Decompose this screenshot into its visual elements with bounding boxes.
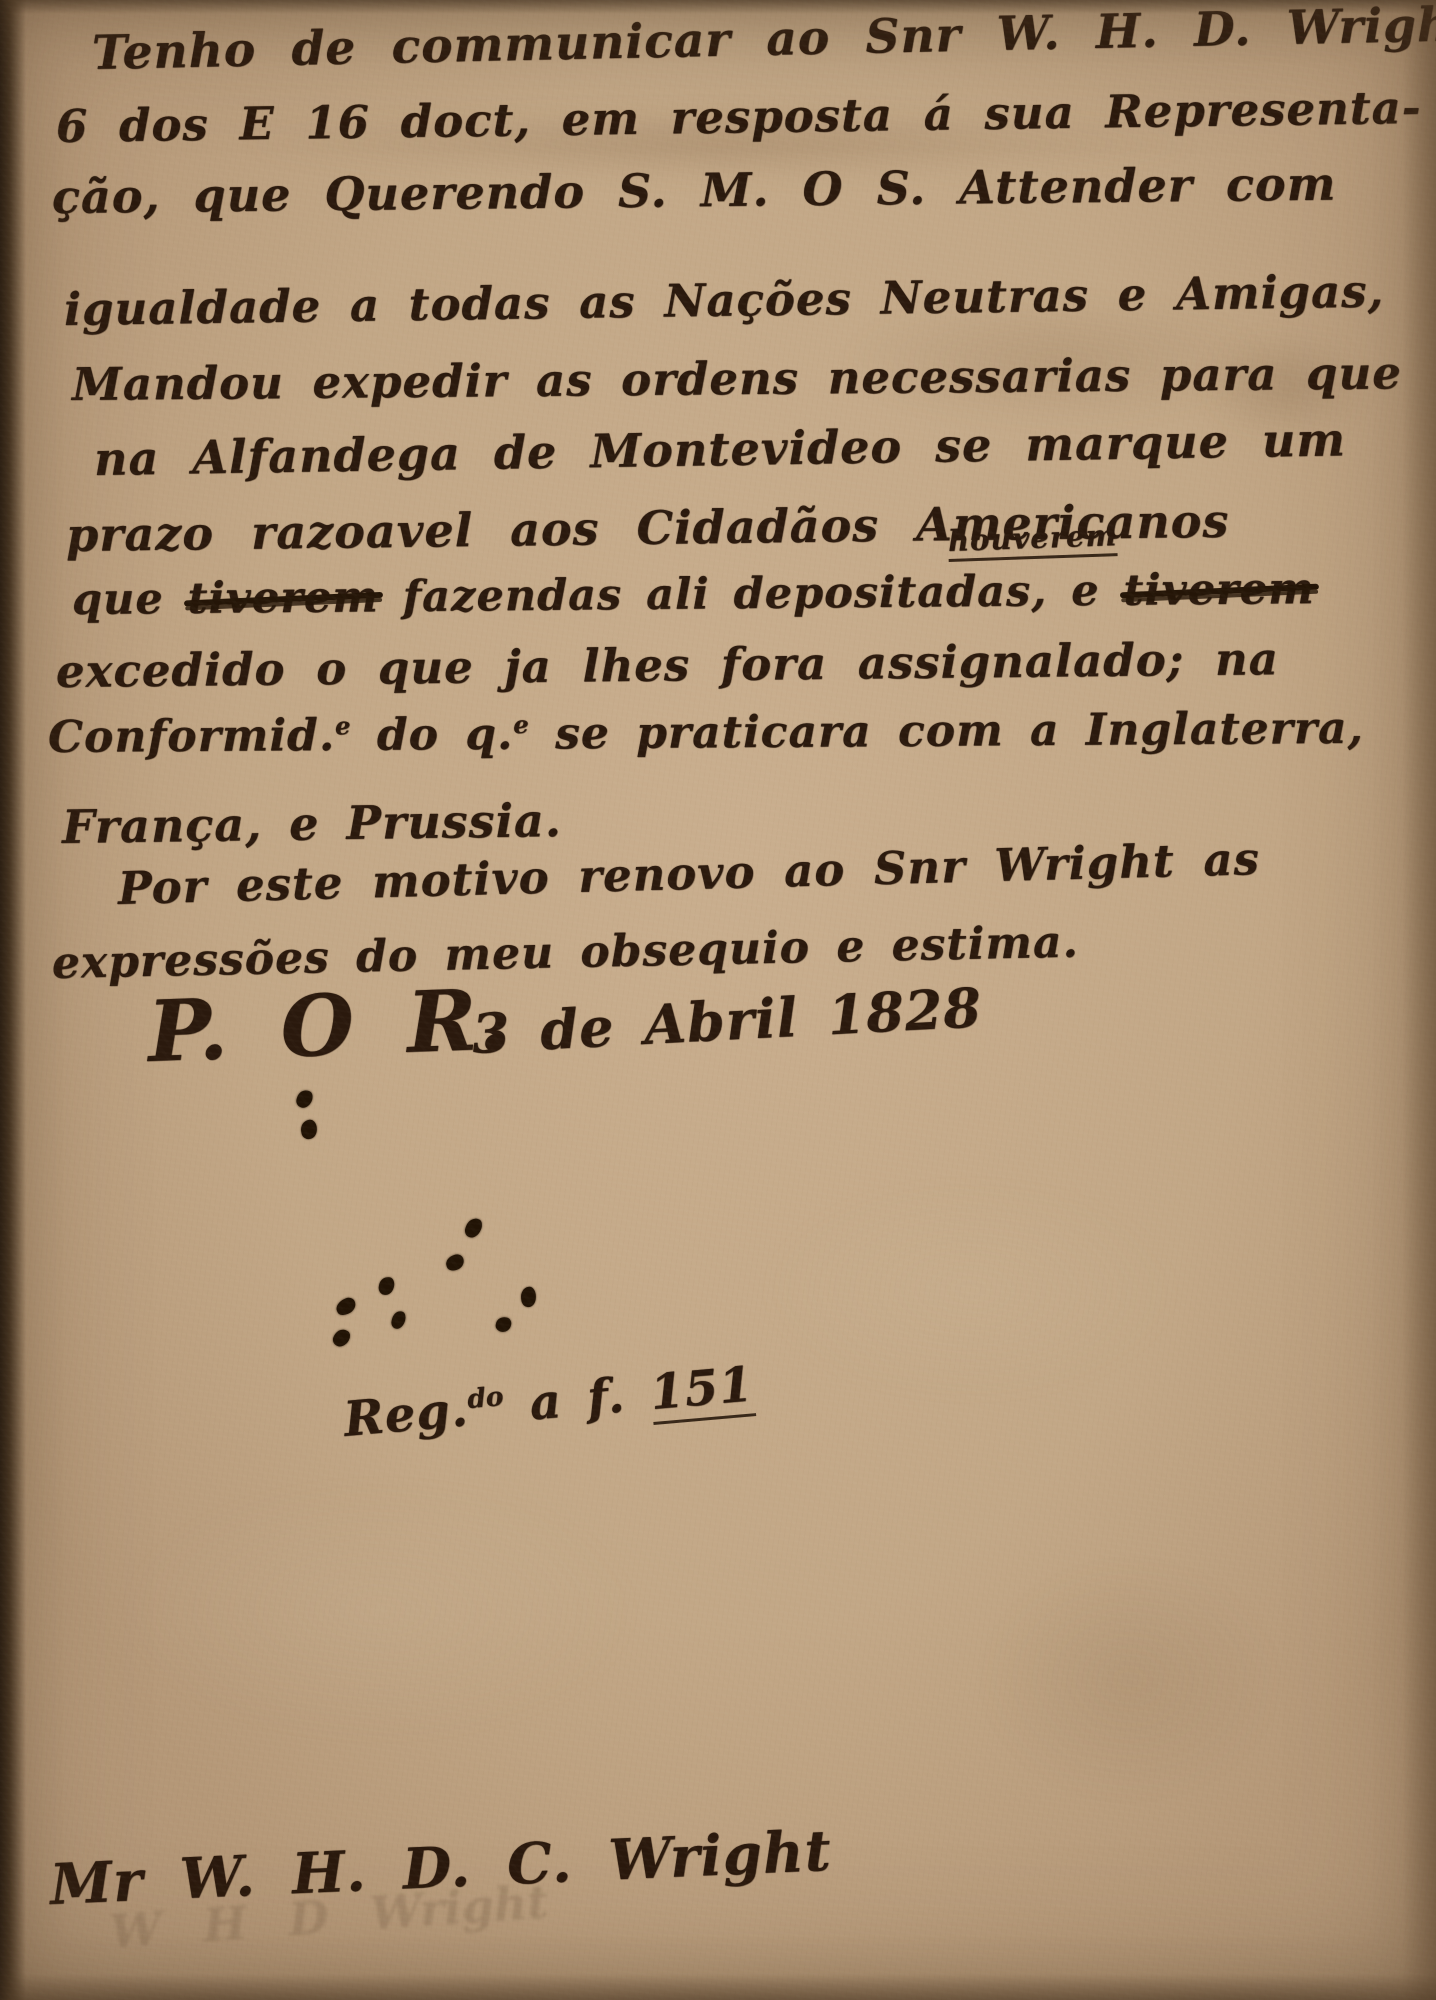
manuscript-line-6: na Alfandega de Montevideo se marque um (94, 412, 1347, 486)
paper-stain (760, 1180, 1180, 1400)
scan-edge-left (0, 0, 26, 2000)
manuscript-line-4: igualdade a todas as Nações Neutras e Am… (64, 265, 1385, 336)
manuscript-line-5: Mandou expedir as ordens necessarias par… (72, 346, 1402, 411)
manuscript-interlinear-houverem: houverem (947, 518, 1117, 558)
manuscript-line-2: 6 dos E 16 doct, em resposta á sua Repre… (56, 81, 1422, 153)
ink-blot (331, 1326, 353, 1349)
manuscript-line-8: que tiverem fazendas ali depositadas, e … (72, 564, 1315, 625)
manuscript-date-line: 3 de Abril 1828 (470, 975, 983, 1066)
ink-blot (444, 1253, 465, 1272)
ink-blot (495, 1316, 513, 1334)
ink-blot (520, 1286, 538, 1308)
manuscript-line-3: ção, que Querendo S. M. O S. Attender co… (52, 157, 1337, 224)
manuscript-line-11: França, e Prussia. (62, 793, 563, 854)
paper-stain (980, 1560, 1280, 1800)
paper-stain (120, 1480, 640, 1740)
ink-blot (378, 1276, 395, 1296)
ink-blot (463, 1216, 484, 1240)
manuscript-registry-note: Reg.do a f. 151 (342, 1356, 756, 1448)
ink-blot (299, 1119, 318, 1140)
ink-blot (334, 1296, 358, 1318)
scan-edge-bottom (0, 1974, 1436, 2000)
manuscript-line-10: Conformid.e do q.e se praticara com a In… (48, 703, 1364, 763)
manuscript-page: Tenho de communicar ao Snr W. H. D. Wrig… (0, 0, 1436, 2000)
ink-blot (295, 1088, 315, 1110)
ink-blot (390, 1310, 407, 1331)
scan-edge-right (1402, 0, 1436, 2000)
manuscript-line-9: excedido o que ja lhes fora assignalado;… (56, 632, 1279, 698)
manuscript-signature-rubric: P. O R. (146, 969, 509, 1081)
